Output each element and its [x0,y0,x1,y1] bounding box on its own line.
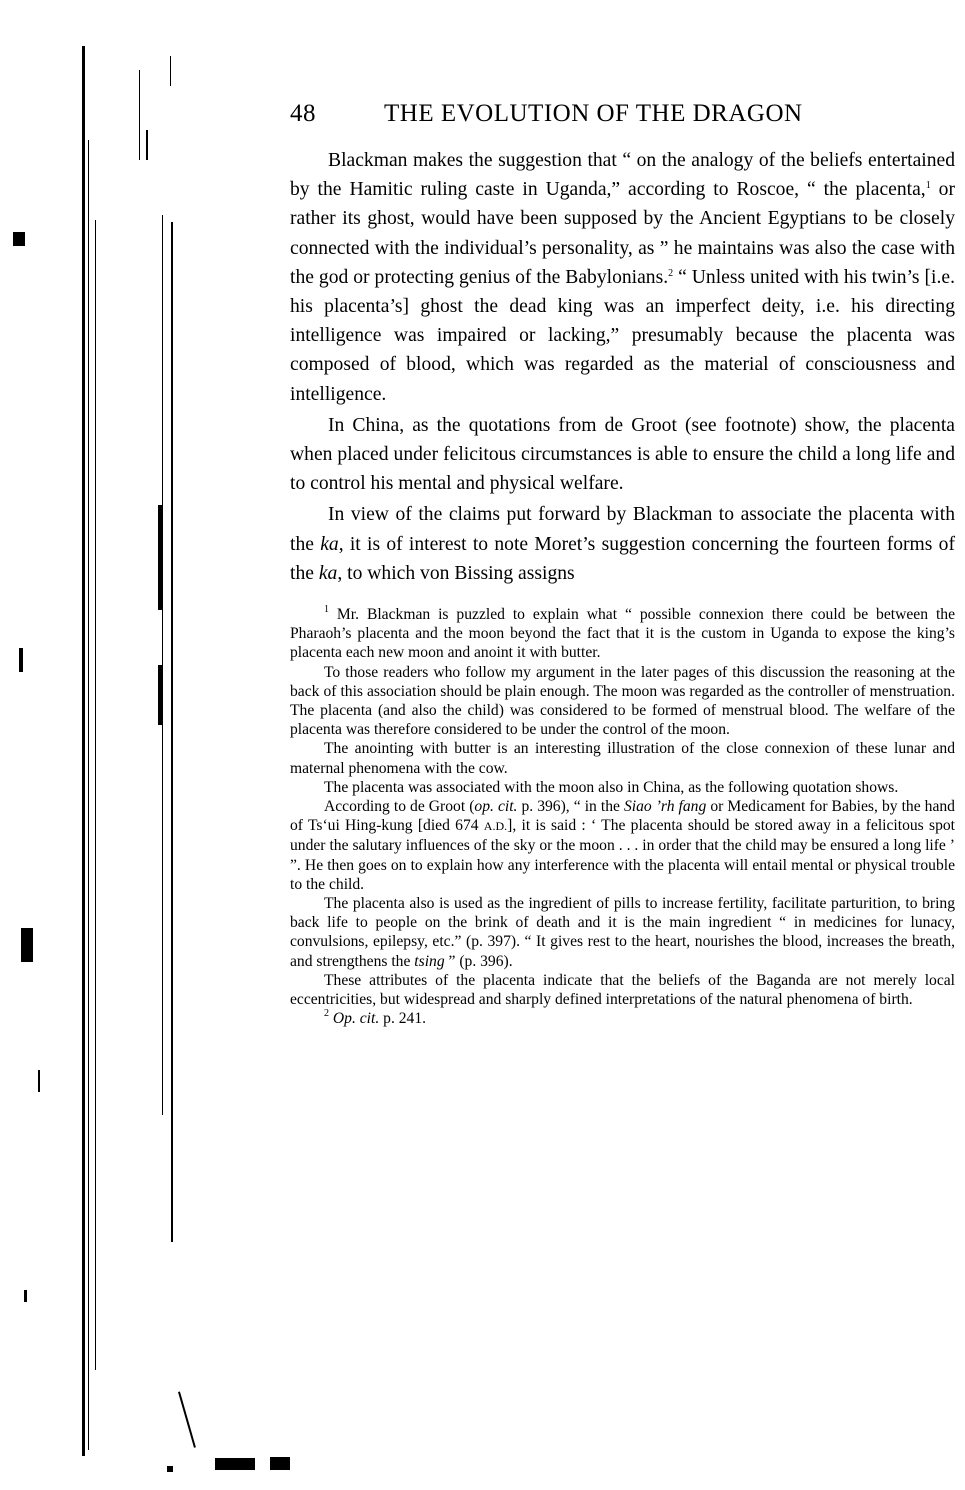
scan-edge-line [88,140,89,1450]
italic-term: tsing [414,953,444,970]
footnote-paragraph: These attributes of the placenta indicat… [290,971,955,1009]
footnote-paragraph: 2 Op. cit. p. 241. [290,1009,955,1028]
scan-edge-line [95,220,96,1370]
scan-edge-line [146,130,148,160]
scan-edge-line [170,56,171,86]
footnote-marker: 2 [324,1008,329,1019]
footnote-paragraph: The placenta also is used as the ingredi… [290,894,955,971]
small-caps-text: A.D. [484,819,507,833]
scan-edge-line [82,46,85,1456]
scan-edge-line [171,222,173,1242]
scan-mark [167,1466,173,1472]
footnote-paragraph: To those readers who follow my argument … [290,663,955,740]
italic-term: ka [319,563,338,584]
footnote-marker: 1 [926,180,931,191]
page-header: 48 THE EVOLUTION OF THE DRAGON [290,100,960,132]
scan-mark [38,1070,40,1092]
body-paragraph: Blackman makes the suggestion that “ on … [290,146,955,409]
scan-edge-line [162,215,163,1115]
scan-mark [19,648,23,672]
body-paragraph: In view of the claims put forward by Bla… [290,500,955,588]
scan-edge-line [158,665,162,725]
footnote-paragraph: The placenta was associated with the moo… [290,778,955,797]
body-paragraph: In China, as the quotations from de Groo… [290,411,955,499]
body-text: Blackman makes the suggestion that “ on … [290,146,955,588]
footnote-marker: 2 [668,268,673,279]
scan-edge-line [139,70,140,160]
scan-mark [270,1457,290,1470]
footnote-marker: 1 [324,604,329,615]
running-title: THE EVOLUTION OF THE DRAGON [384,100,803,128]
footnotes: 1 Mr. Blackman is puzzled to explain wha… [290,605,955,1028]
italic-term: Siao ’rh fang [624,798,706,815]
scan-mark [21,928,33,962]
italic-term: op. cit. [474,798,517,815]
scan-mark [215,1458,255,1470]
scan-diagonal-line [178,1391,196,1447]
footnote-paragraph: 1 Mr. Blackman is puzzled to explain wha… [290,605,955,663]
scan-edge-line [158,505,163,610]
footnote-paragraph: The anointing with butter is an interest… [290,739,955,777]
scan-mark [24,1290,27,1302]
footnote-paragraph: According to de Groot (op. cit. p. 396),… [290,797,955,894]
page-number: 48 [290,100,316,128]
scan-mark [13,232,25,246]
italic-term: ka [320,534,339,555]
italic-term: Op. cit. [333,1010,379,1027]
